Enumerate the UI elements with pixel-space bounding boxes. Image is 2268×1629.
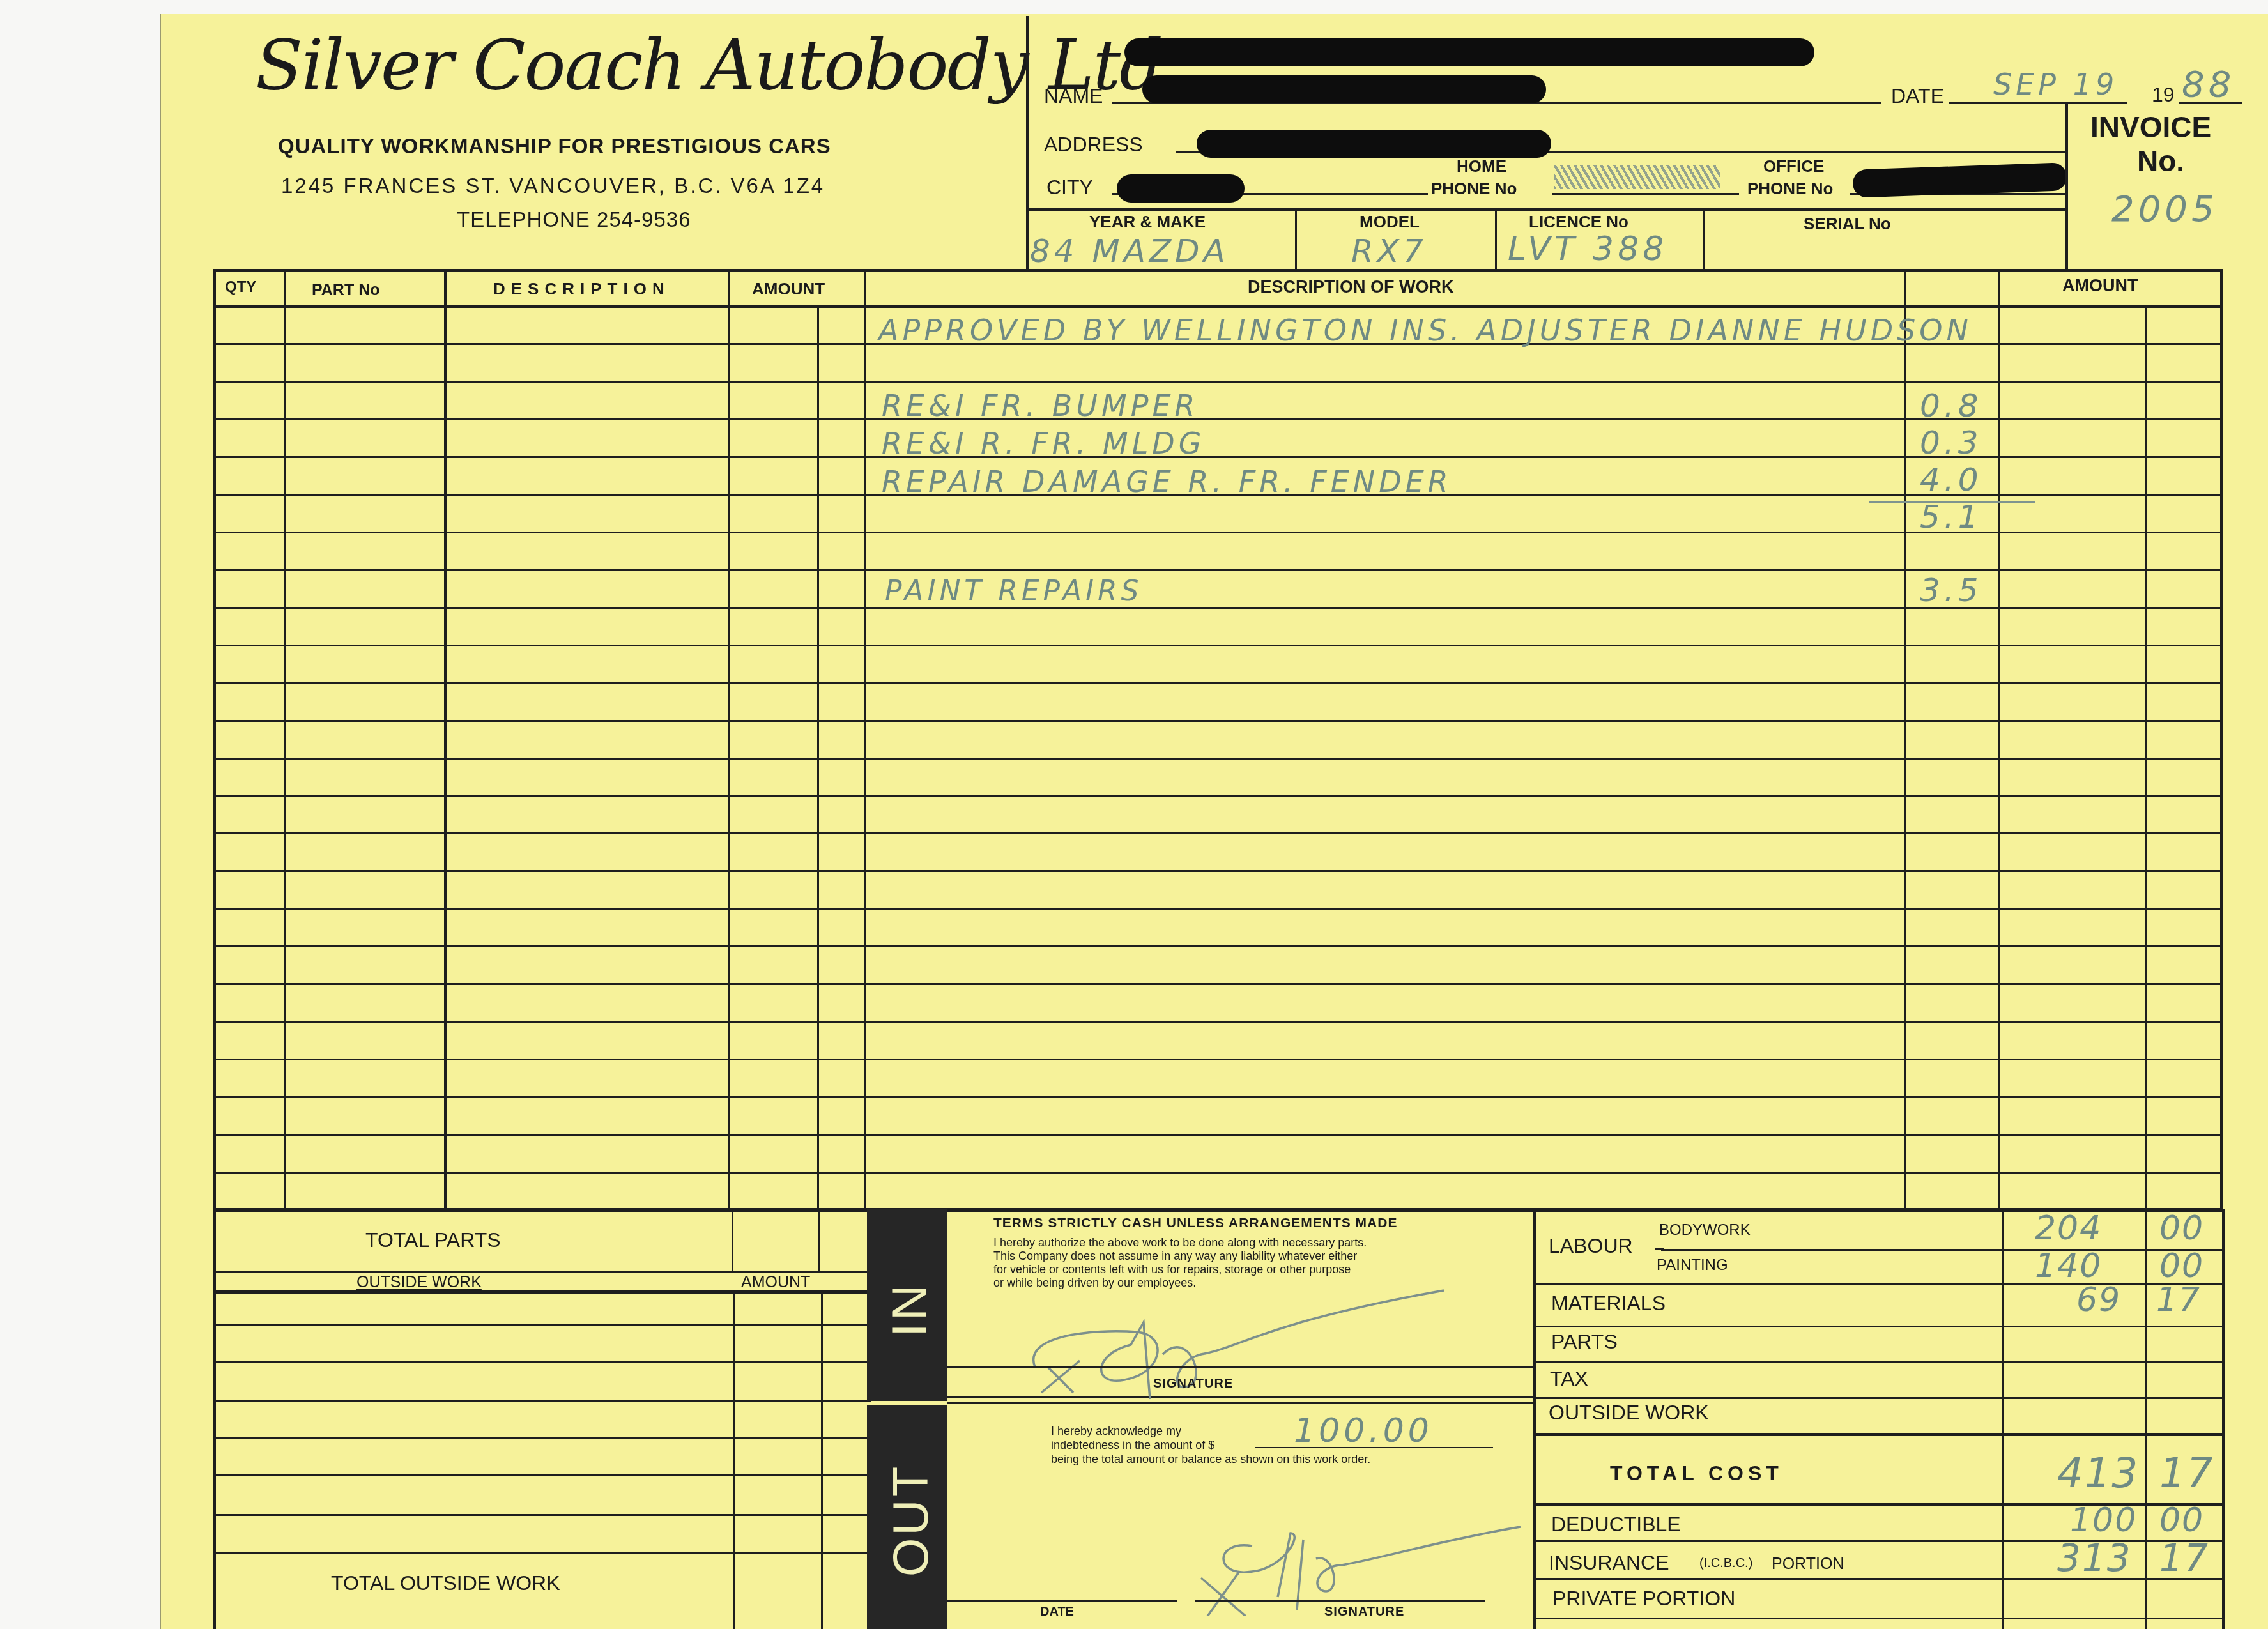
total-parts-col-rule	[818, 1209, 820, 1271]
insurance-dollars[interactable]: 313	[2057, 1536, 2132, 1580]
licence-label: LICENCE No	[1529, 212, 1628, 232]
summary-cents-col	[2145, 1209, 2147, 1629]
model-label: MODEL	[1360, 212, 1420, 232]
acknowledge-line: being the total amount or balance as sho…	[1051, 1453, 1370, 1466]
outside-work-row-rule	[213, 1552, 871, 1554]
painting-cents[interactable]: 00	[2159, 1247, 2204, 1285]
work-row-description[interactable]: APPROVED BY WELLINGTON INS. ADJUSTER DIA…	[878, 313, 1972, 348]
licence-field[interactable]: LVT 388	[1508, 230, 1667, 268]
signature-label: SIGNATURE	[1153, 1377, 1233, 1391]
outside-work-row-rule	[213, 1400, 871, 1402]
outside-work-row-rule	[213, 1361, 871, 1363]
description-header: DESCRIPTION	[493, 279, 670, 299]
home-phone-label-top: HOME	[1457, 157, 1506, 176]
terms-box-rule	[947, 1209, 1535, 1212]
insurance-cents[interactable]: 17	[2159, 1536, 2209, 1580]
terms-heading: TERMS STRICTLY CASH UNLESS ARRANGEMENTS …	[993, 1216, 1397, 1231]
date-label: DATE	[1891, 84, 1944, 108]
tax-amount-field[interactable]	[2003, 1363, 2143, 1398]
model-field[interactable]: RX7	[1351, 233, 1427, 270]
work-amount-header: AMOUNT	[2062, 276, 2138, 296]
table-row-rule	[213, 908, 2222, 910]
company-telephone: TELEPHONE 254-9536	[457, 208, 691, 232]
name-field[interactable]	[1142, 75, 1546, 103]
summary-top-rule	[1536, 1209, 2223, 1212]
table-cents-rule	[817, 305, 819, 1209]
summary-right-rule	[2222, 1209, 2225, 1629]
table-col-rule	[284, 269, 286, 1209]
serial-field[interactable]	[1706, 236, 2064, 268]
bodywork-cents[interactable]: 00	[2159, 1209, 2204, 1248]
work-row-description[interactable]: REPAIR DAMAGE R. FR. FENDER	[882, 464, 1452, 499]
terms-body-line: for vehicle or contents left with us for…	[993, 1263, 1351, 1276]
terms-body-line: This Company does not assume in any way …	[993, 1250, 1357, 1263]
total-cost-dollars[interactable]: 413	[2057, 1450, 2139, 1497]
work-description-header: DESCRIPTION OF WORK	[1248, 277, 1454, 297]
outside-work-amount-header: AMOUNT	[741, 1273, 810, 1292]
year-prefix: 19	[2152, 83, 2175, 107]
table-row-rule	[213, 1096, 2222, 1098]
total-cost-cents[interactable]: 17	[2159, 1450, 2214, 1497]
table-col-rule	[864, 269, 866, 1209]
year-make-field[interactable]: 84 MAZDA	[1030, 233, 1229, 270]
address-field[interactable]	[1197, 130, 1551, 158]
pickup-signature-label: SIGNATURE	[1324, 1605, 1404, 1619]
invoice-number[interactable]: 2005	[2111, 188, 2218, 230]
table-row-rule	[213, 645, 2222, 646]
acknowledge-amount[interactable]: 100.00	[1294, 1412, 1433, 1450]
total-outside-work-label: TOTAL OUTSIDE WORK	[331, 1572, 560, 1595]
header-divider	[1026, 16, 1029, 271]
office-phone-label-top: OFFICE	[1763, 157, 1824, 176]
table-row-rule	[213, 795, 2222, 797]
table-row-rule	[213, 983, 2222, 985]
vehicle-row-top	[1026, 208, 2067, 211]
work-row-description[interactable]: RE&I FR. BUMPER	[882, 388, 1199, 423]
redaction-bar	[1124, 38, 1814, 66]
work-row-hours[interactable]: 0.8	[1920, 387, 1982, 424]
outside-work-row-rule	[213, 1474, 871, 1476]
terms-body-line: I hereby authorize the above work to be …	[993, 1236, 1367, 1250]
pickup-signature-line	[1195, 1600, 1485, 1602]
home-phone-field-line	[1552, 193, 1739, 195]
date-field-line	[1949, 102, 2127, 104]
total-parts-label: TOTAL PARTS	[365, 1228, 501, 1252]
table-row-rule	[213, 569, 2222, 571]
work-row-description[interactable]: RE&I R. FR. MLDG	[882, 426, 1205, 461]
office-phone-label: PHONE No	[1747, 179, 1833, 199]
pickup-date-label: DATE	[1040, 1605, 1074, 1619]
table-col-rule	[728, 269, 730, 1209]
table-row-rule	[213, 682, 2222, 684]
parts-label: PARTS	[1551, 1330, 1618, 1354]
table-row-rule	[213, 1134, 2222, 1136]
date-field[interactable]: SEP 19	[1993, 67, 2118, 102]
bodywork-dollars[interactable]: 204	[2035, 1209, 2102, 1248]
table-row-rule	[213, 1021, 2222, 1023]
name-label: NAME	[1044, 84, 1103, 108]
table-row-rule	[213, 1059, 2222, 1060]
outside-work-amount-field[interactable]	[2003, 1400, 2143, 1435]
section-rule	[213, 1209, 871, 1212]
company-tagline: QUALITY WORKMANSHIP FOR PRESTIGIOUS CARS	[278, 134, 831, 158]
invoice-no-label: No.	[2137, 144, 2184, 178]
outside-work-label: OUTSIDE WORK	[356, 1273, 482, 1292]
outside-work-col-rule	[733, 1290, 735, 1629]
home-phone-label: PHONE No	[1431, 179, 1517, 199]
table-row-rule	[213, 832, 2222, 834]
bodywork-label: BODYWORK	[1659, 1221, 1751, 1239]
table-col-rule	[1998, 269, 2000, 1209]
materials-dollars[interactable]: 69	[2076, 1281, 2121, 1319]
work-row-description[interactable]: PAINT REPAIRS	[885, 575, 1143, 608]
table-row-rule	[213, 758, 2222, 760]
insurance-label: INSURANCE	[1549, 1551, 1669, 1575]
work-row-hours[interactable]: 5.1	[1920, 498, 1982, 535]
private-portion-field[interactable]	[2003, 1581, 2143, 1619]
painting-dollars[interactable]: 140	[2035, 1247, 2102, 1285]
painting-label: PAINTING	[1657, 1257, 1728, 1274]
table-cents-rule	[2145, 305, 2147, 1209]
qty-header: QTY	[225, 279, 256, 296]
acknowledge-line: indebtedness in the amount of $	[1051, 1439, 1214, 1452]
in-label: IN	[880, 1278, 931, 1342]
city-field[interactable]	[1117, 174, 1245, 203]
address-label: ADDRESS	[1044, 133, 1143, 157]
deductible-dollars[interactable]: 100	[2070, 1501, 2137, 1540]
work-row-hours[interactable]: 0.3	[1920, 424, 1982, 461]
company-address: 1245 FRANCES ST. VANCOUVER, B.C. V6A 1Z4	[281, 174, 825, 198]
insurance-portion-label: PORTION	[1772, 1555, 1844, 1573]
terms-right-rule	[1533, 1209, 1536, 1629]
part-no-header: PART No	[312, 281, 379, 300]
parts-amount-field[interactable]	[2003, 1327, 2143, 1362]
private-portion-label: PRIVATE PORTION	[1552, 1587, 1735, 1610]
table-row-rule	[213, 1172, 2222, 1174]
labour-label: LABOUR	[1549, 1234, 1633, 1258]
total-cost-label: TOTAL COST	[1610, 1462, 1783, 1485]
table-col-rule	[444, 269, 447, 1209]
outside-work-col-rule	[821, 1290, 823, 1629]
invoice-box-divider	[2065, 104, 2068, 271]
materials-label: MATERIALS	[1551, 1292, 1666, 1315]
invoice-label: INVOICE	[2090, 110, 2211, 144]
authorization-signature[interactable]	[997, 1284, 1482, 1405]
vehicle-col-divider	[1295, 208, 1297, 271]
year-field[interactable]: 88	[2182, 64, 2235, 105]
table-row-rule	[213, 945, 2222, 947]
vehicle-col-divider	[1703, 208, 1705, 271]
vehicle-col-divider	[1495, 208, 1497, 271]
deductible-cents[interactable]: 00	[2159, 1501, 2204, 1540]
total-parts-col-rule	[732, 1209, 733, 1271]
outside-work-summary-label: OUTSIDE WORK	[1549, 1401, 1709, 1425]
tax-label: TAX	[1550, 1367, 1588, 1391]
deductible-label: DEDUCTIBLE	[1551, 1513, 1681, 1536]
outside-work-row-rule	[213, 1437, 871, 1439]
work-row-hours[interactable]: 3.5	[1920, 572, 1982, 609]
year-make-label: YEAR & MAKE	[1089, 212, 1206, 232]
parts-amount-header: AMOUNT	[752, 279, 825, 299]
home-phone-field[interactable]	[1554, 165, 1720, 189]
labour-split-rule	[1661, 1249, 2002, 1251]
outside-work-row-rule	[213, 1514, 871, 1516]
outside-work-row-rule	[213, 1324, 871, 1326]
serial-label: SERIAL No	[1804, 214, 1891, 234]
signature-line	[947, 1366, 1535, 1368]
table-header-rule	[213, 305, 2222, 308]
acknowledge-line: I hereby acknowledge my	[1051, 1425, 1181, 1438]
table-row-rule	[213, 870, 2222, 872]
out-label: OUT	[882, 1463, 933, 1578]
work-row-hours[interactable]: 4.0	[1920, 461, 1982, 498]
insurance-sub-label: (I.C.B.C.)	[1699, 1556, 1752, 1571]
city-label: CITY	[1046, 176, 1093, 199]
table-row-rule	[213, 720, 2222, 722]
table-col-rule	[1904, 269, 1906, 1209]
date-line	[947, 1600, 1177, 1602]
materials-cents[interactable]: 17	[2156, 1281, 2201, 1319]
table-row-rule	[213, 381, 2222, 383]
labour-line	[1655, 1248, 1664, 1250]
